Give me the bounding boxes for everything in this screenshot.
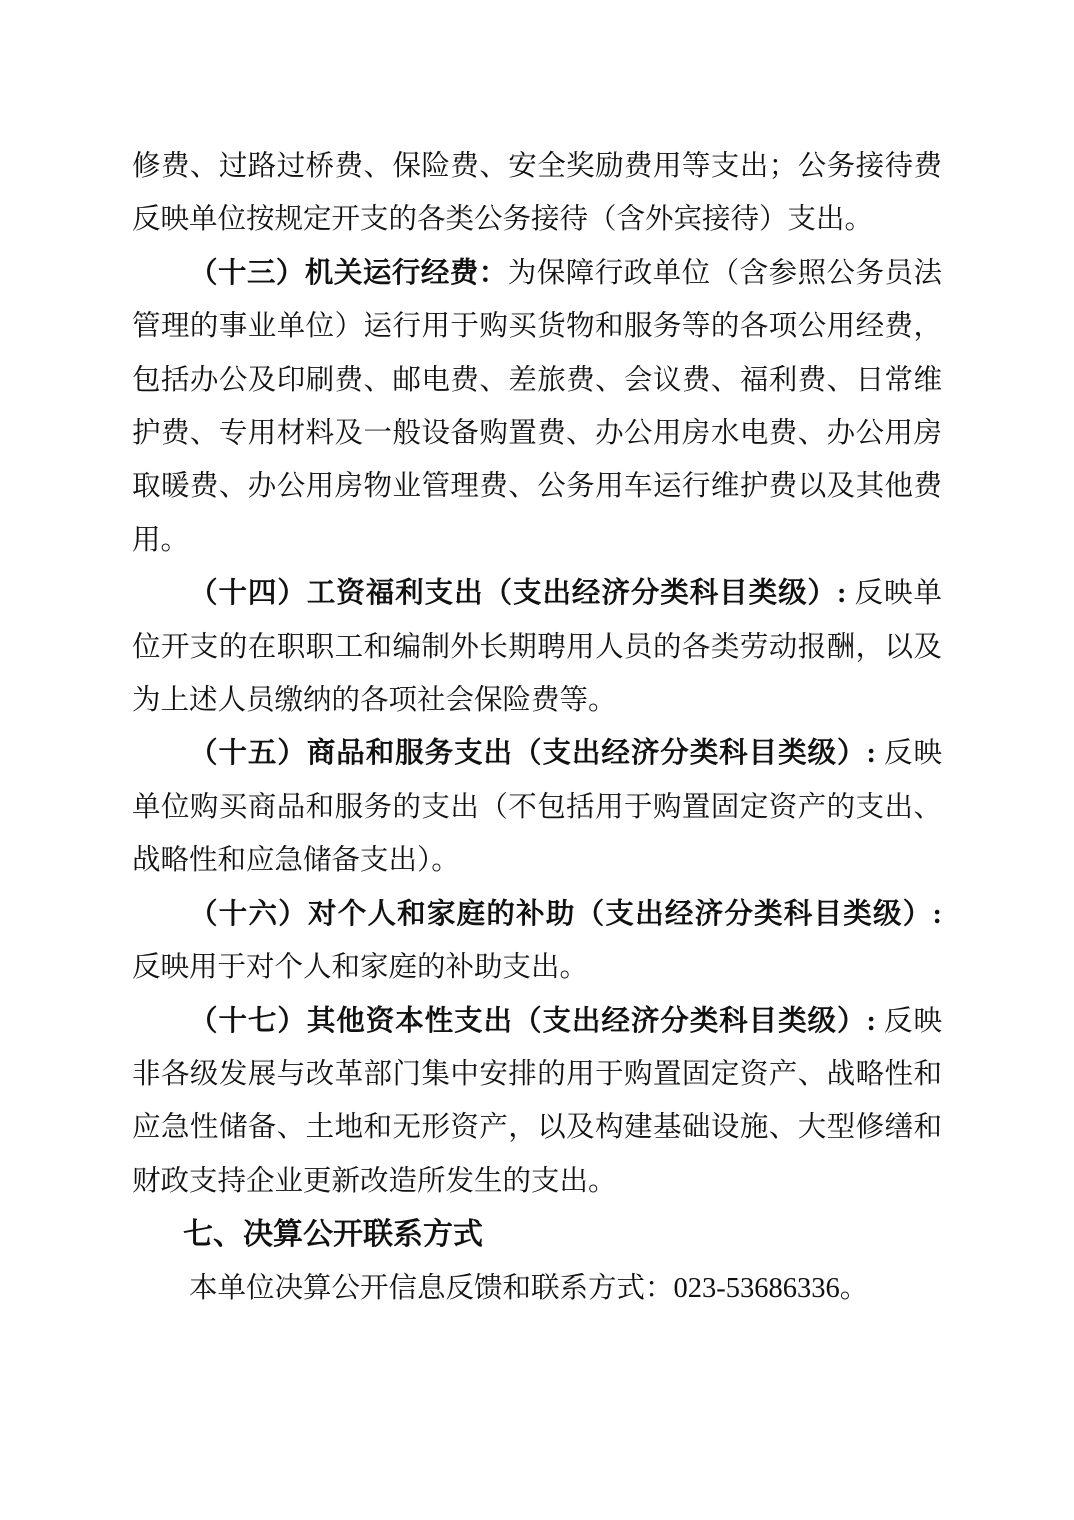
paragraph-lead: （十五）商品和服务支出（支出经济分类科目类级）: xyxy=(189,738,876,769)
paragraph-lead: （十七）其他资本性支出（支出经济分类科目类级）: xyxy=(189,1006,876,1037)
paragraph-text: 反映用于对个人和家庭的补助支出。 xyxy=(132,952,588,983)
paragraph-item-17-other-capital-expenditure: （十七）其他资本性支出（支出经济分类科目类级）: 反映非各级发展与改革部门集中安… xyxy=(132,995,942,1209)
paragraph-lead: （十四）工资福利支出（支出经济分类科目类级）: xyxy=(189,578,847,609)
paragraph-contact-info: 本单位决算公开信息反馈和联系方式：023-53686336。 xyxy=(132,1262,942,1315)
document-page: 修费、过路过桥费、保险费、安全奖励费用等支出；公务接待费反映单位按规定开支的各类… xyxy=(0,0,1074,1520)
paragraph-text: 为保障行政单位（含参照公务员法管理的事业单位）运行用于购买货物和服务等的各项公用… xyxy=(132,258,942,556)
paragraph-item-16-individual-family-subsidies: （十六）对个人和家庭的补助（支出经济分类科目类级）: 反映用于对个人和家庭的补助… xyxy=(132,888,942,995)
paragraph-item-14-wage-welfare-expenditure: （十四）工资福利支出（支出经济分类科目类级）: 反映单位开支的在职职工和编制外长… xyxy=(132,567,942,727)
paragraph-item-15-goods-services-expenditure: （十五）商品和服务支出（支出经济分类科目类级）: 反映单位购买商品和服务的支出（… xyxy=(132,727,942,887)
document-text: 修费、过路过桥费、保险费、安全奖励费用等支出；公务接待费反映单位按规定开支的各类… xyxy=(132,140,942,1315)
paragraph-lead: （十六）对个人和家庭的补助（支出经济分类科目类级）: xyxy=(189,899,942,930)
paragraph-item-13-agency-operation-funds: （十三）机关运行经费：为保障行政单位（含参照公务员法管理的事业单位）运行用于购买… xyxy=(132,247,942,567)
paragraph-official-reception-continuation: 修费、过路过桥费、保险费、安全奖励费用等支出；公务接待费反映单位按规定开支的各类… xyxy=(132,140,942,247)
paragraph-text: 修费、过路过桥费、保险费、安全奖励费用等支出；公务接待费反映单位按规定开支的各类… xyxy=(132,151,942,235)
paragraph-text: 本单位决算公开信息反馈和联系方式：023-53686336。 xyxy=(189,1273,868,1304)
section-heading-contact-method: 七、决算公开联系方式 xyxy=(132,1208,942,1261)
paragraph-lead: （十三）机关运行经费： xyxy=(189,258,508,289)
